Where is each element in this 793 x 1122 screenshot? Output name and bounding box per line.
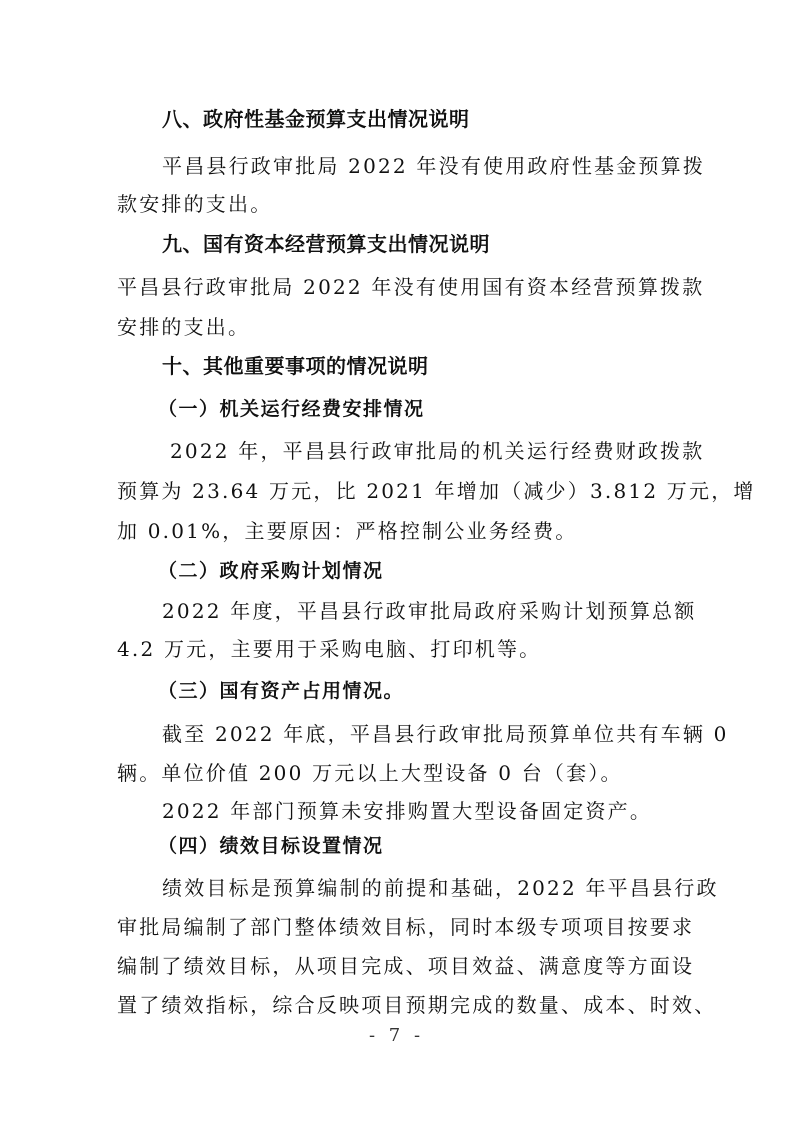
paragraph-line: 置了绩效指标，综合反映项目预期完成的数量、成本、时效、 <box>117 991 677 1019</box>
document-page: 八、政府性基金预算支出情况说明 平昌县行政审批局 2022 年没有使用政府性基金… <box>0 0 793 1122</box>
page-number: - 7 - <box>0 1025 793 1046</box>
paragraph-line: 审批局编制了部门整体绩效目标，同时本级专项项目按要求 <box>117 913 677 941</box>
subsection-heading-4: （四）绩效目标设置情况 <box>158 832 718 860</box>
paragraph-line: 截至 2022 年底，平昌县行政审批局预算单位共有车辆 0 <box>162 720 677 748</box>
paragraph-line: 编制了绩效目标，从项目完成、项目效益、满意度等方面设 <box>117 952 677 980</box>
paragraph-line: 款安排的支出。 <box>117 190 677 218</box>
paragraph-line: 平昌县行政审批局 2022 年没有使用政府性基金预算拨 <box>162 152 677 180</box>
paragraph-line: 绩效目标是预算编制的前提和基础，2022 年平昌县行政 <box>162 874 677 902</box>
subsection-heading-2: （二）政府采购计划情况 <box>158 557 718 585</box>
paragraph-line: 2022 年部门预算未安排购置大型设备固定资产。 <box>162 797 677 825</box>
subsection-heading-1: （一）机关运行经费安排情况 <box>158 395 718 423</box>
section-heading-8: 八、政府性基金预算支出情况说明 <box>162 105 722 133</box>
paragraph-line: 预算为 23.64 万元，比 2021 年增加（减少）3.812 万元，增 <box>117 477 677 505</box>
paragraph-line: 辆。单位价值 200 万元以上大型设备 0 台（套）。 <box>117 759 677 787</box>
paragraph-line: 安排的支出。 <box>117 313 677 341</box>
section-heading-9: 九、国有资本经营预算支出情况说明 <box>162 230 722 258</box>
section-heading-10: 十、其他重要事项的情况说明 <box>162 352 722 380</box>
paragraph-line: 4.2 万元，主要用于采购电脑、打印机等。 <box>117 635 677 663</box>
paragraph-line: 平昌县行政审批局 2022 年没有使用国有资本经营预算拨款 <box>117 273 677 301</box>
paragraph-line: 2022 年度，平昌县行政审批局政府采购计划预算总额 <box>162 597 677 625</box>
subsection-heading-3: （三）国有资产占用情况。 <box>158 677 718 705</box>
paragraph-line: 加 0.01%，主要原因：严格控制公业务经费。 <box>117 517 677 545</box>
paragraph-line: 2022 年，平昌县行政审批局的机关运行经费财政拨款 <box>170 437 677 465</box>
